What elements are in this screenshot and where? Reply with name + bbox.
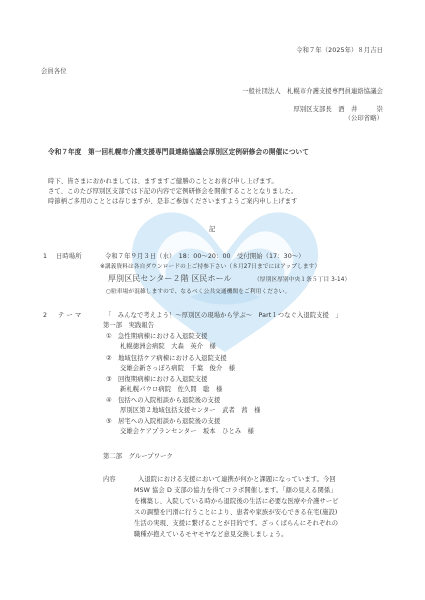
greeting-line-2: さて、このたび厚別区支部では下記の内容で定例研修会を開催することとなりました。 [48, 188, 297, 196]
report-1-speaker: 札幌徳洲会病院 大森 英介 様 [120, 343, 216, 351]
content-line-6: 職種が抱えているモヤモヤなど意見交換しましょう。 [134, 531, 288, 539]
report-2-topic: 地域包括ケア病棟における入退院支援 [118, 355, 227, 363]
report-5-topic: 居宅への入院相談から退院後の支援 [118, 418, 220, 426]
part2-title: 第二部 グループワーク [103, 453, 173, 461]
report-3-topic: 回復期病棟における入退院支援 [118, 376, 208, 384]
report-5-marker: ⑤ [106, 418, 112, 426]
content-line-4: スの調整を円滑に行うことにより、患者や家族が安心できる在宅(施設) [134, 509, 337, 517]
part1-title: 第一部 実践報告 [103, 322, 154, 330]
issue-date: 令和７年（2025年）８月吉日 [296, 47, 383, 55]
sender-name: 厚別区支部長 酒 井 崇 [293, 106, 383, 114]
report-4-marker: ④ [106, 397, 112, 405]
document-title: 令和７年度 第一回札幌市介護支援専門員連絡協議会厚別区定例研修会の開催について [48, 148, 309, 156]
event-datetime: 令和７年９月３日（水） 18：00〜20：00 受付開始（17：30〜） [105, 253, 305, 261]
sender-organization: 一般社団法人 札幌市介護支援専門員連絡協議会 [242, 88, 383, 96]
content-line-1: 入退院における支援において連携が何かと課題になっています。今回 [138, 476, 336, 484]
content-line-3: を構築し、入院している時から退院後の生活に必要な医療や介護サービ [134, 498, 339, 506]
recipient: 会員各位 [41, 68, 67, 76]
section1-number: 1 [43, 253, 47, 261]
greeting-line-3: 時節柄ご多用のこととは存じますが、是非ご参加くださいますようご案内申し上げます [48, 198, 297, 206]
report-2-marker: ② [106, 355, 112, 363]
ki-heading: 記 [209, 226, 215, 234]
seal-note: （公印省略） [345, 115, 383, 123]
report-1-marker: ① [106, 333, 112, 341]
content-line-5: 生活の実現、支援に繋げることが目的です。ざっくばらんにそれぞれの [134, 520, 338, 528]
materials-note: ※講義資料は各自ダウンロードの上ご持参下さい（８月27日までにはアップします） [100, 263, 320, 271]
content-line-2: MSW 協会 D 支部の協力を得てコラボ開催します。「顔の見える関係」 [134, 487, 337, 495]
parking-note: ○駐車場が混雑しますので、なるべく公共交通機関をご利用ください。 [106, 288, 290, 296]
section2-number: 2 [43, 312, 47, 320]
venue: 厚別区民センター２階 区民ホール [108, 274, 232, 284]
report-4-speaker: 厚別区第２地域包括支援センター 武者 茜 様 [120, 407, 260, 415]
theme-title: 「 みんなで考えよう！〜厚別区の現場から学ぶ〜 Part１つなぐ入退院支援 」 [105, 312, 342, 320]
report-4-topic: 包括への入院相談から退院後の支援 [118, 397, 220, 405]
report-3-speaker: 新札幌パウロ病院 佐久間 聡 様 [120, 386, 222, 394]
section2-label: テ ー マ [58, 312, 81, 320]
greeting-line-1: 時下、皆さまにおかれましては、ますますご健勝のこととお喜び申し上げます。 [48, 178, 278, 186]
report-1-topic: 急性期病棟における入退院支援 [118, 333, 208, 341]
document-page: 令和７年（2025年）８月吉日 会員各位 一般社団法人 札幌市介護支援専門員連絡… [0, 0, 425, 600]
content-label: 内容 [103, 476, 116, 484]
report-5-speaker: 交雄会ケアプランセンター 坂本 ひとみ 様 [120, 428, 254, 436]
report-2-speaker: 交雄会新さっぽろ病院 千葉 俊介 様 [120, 365, 235, 373]
report-3-marker: ③ [106, 376, 112, 384]
venue-address: （厚別区厚別中央１条５丁目 3-14） [254, 276, 350, 284]
section1-label: 日時場所 [56, 253, 82, 261]
